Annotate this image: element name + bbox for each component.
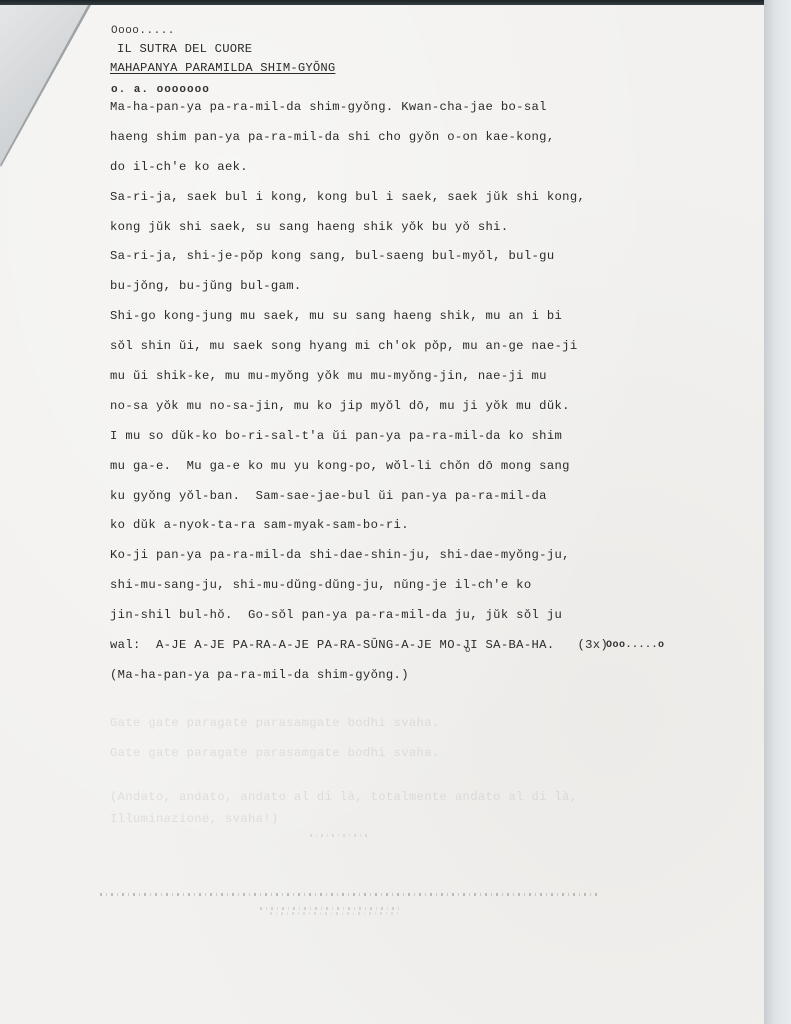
document-title: IL SUTRA DEL CUORE	[117, 42, 252, 56]
text-line: Sa-ri-ja, shi-je-pŏp kong sang, bul-saen…	[110, 247, 608, 277]
text-line: Shi-go kong-jung mu saek, mu su sang hae…	[110, 307, 608, 337]
text-line: bu-jŏng, bu-jŭng bul-gam.	[110, 277, 608, 307]
show-through-line: Gate gate paragate parasamgate bodhi sva…	[110, 746, 440, 760]
text-line: I mu so dŭk-ko bo-ri-sal-t'a ŭi pan-ya p…	[110, 427, 608, 457]
text-line: ko dŭk a-nyok-ta-ra sam-myak-sam-bo-ri.	[110, 516, 608, 546]
document-subtitle: MAHAPANYA PARAMILDA SHIM-GYŎNG	[110, 61, 335, 75]
toner-smudge	[270, 912, 400, 915]
show-through-line: Illuminazione, svaha!)	[110, 812, 279, 826]
toner-smudge	[310, 834, 370, 837]
text-line: no-sa yŏk mu no-sa-jin, mu ko jip myŏl d…	[110, 397, 608, 427]
text-line: haeng shim pan-ya pa-ra-mil-da shi cho g…	[110, 128, 608, 158]
text-line: Ma-ha-pan-ya pa-ra-mil-da shim-gyŏng. Kw…	[110, 98, 608, 128]
text-line: kong jŭk shi saek, su sang haeng shik yŏ…	[110, 218, 608, 248]
closing-line: (Ma-ha-pan-ya pa-ra-mil-da shim-gyŏng.)	[110, 666, 608, 696]
text-line: jin-shil bul-hŏ. Go-sŏl pan-ya pa-ra-mil…	[110, 606, 608, 636]
show-through-line: (Andato, andato, andato al di là, totalm…	[110, 790, 578, 804]
text-line: ku gyŏng yŏl-ban. Sam-sae-jae-bul ŭi pan…	[110, 487, 608, 517]
typewritten-document: Oooo..... IL SUTRA DEL CUORE MAHAPANYA P…	[0, 0, 764, 1024]
text-line: do il-ch'e ko aek.	[110, 158, 608, 188]
sutra-text: Ma-ha-pan-ya pa-ra-mil-da shim-gyŏng. Kw…	[110, 98, 608, 696]
pronunciation-marks: o. a. ooooooo	[111, 84, 210, 96]
show-through-line: Gate gate paragate parasamgate bodhi sva…	[110, 716, 440, 730]
text-line: mu ga-e. Mu ga-e ko mu yu kong-po, wŏl-l…	[110, 457, 608, 487]
text-line: Ko-ji pan-ya pa-ra-mil-da shi-dae-shin-j…	[110, 546, 608, 576]
scanner-backdrop	[764, 0, 791, 1024]
text-line: shi-mu-sang-ju, shi-mu-dŭng-dŭng-ju, nŭn…	[110, 576, 608, 606]
mantra-pronunciation-mark: o	[465, 645, 470, 655]
header-pencil-marks: Oooo.....	[111, 25, 175, 37]
text-line: sŏl shin ŭi, mu saek song hyang mi ch'ok…	[110, 337, 608, 367]
text-line: mu ŭi shik-ke, mu mu-myŏng yŏk mu mu-myŏ…	[110, 367, 608, 397]
text-line: Sa-ri-ja, saek bul i kong, kong bul i sa…	[110, 188, 608, 218]
mantra-pencil-marks: Ooo.....o	[606, 640, 665, 651]
toner-smudge	[100, 893, 600, 896]
mantra-line: wal: A-JE A-JE PA-RA-A-JE PA-RA-SŬNG-A-J…	[110, 636, 608, 666]
toner-smudge	[260, 907, 400, 910]
